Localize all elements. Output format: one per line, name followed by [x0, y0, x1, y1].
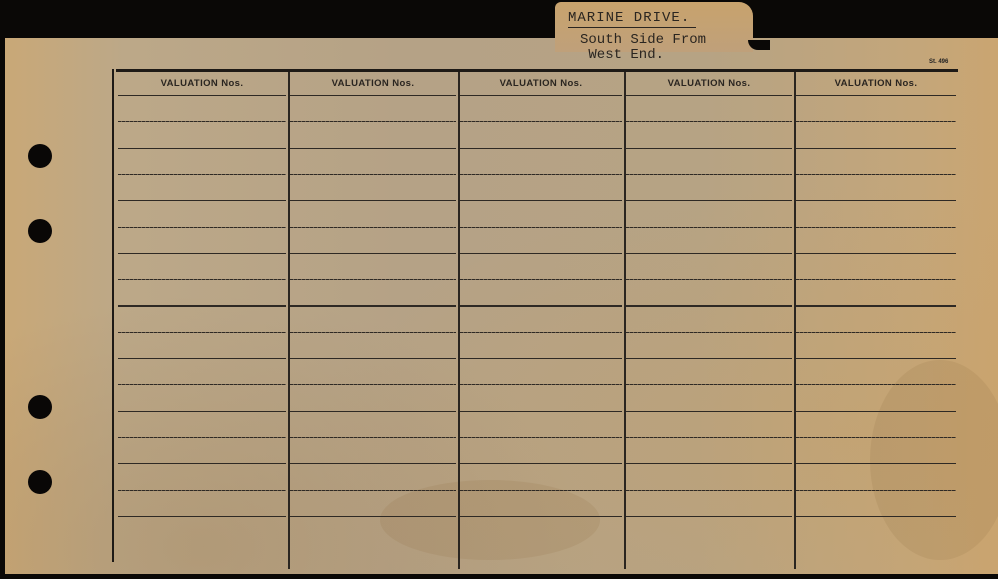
- row-rule: [118, 121, 286, 122]
- row-rule: [118, 148, 286, 149]
- row-rule: [118, 227, 286, 228]
- row-rule: [796, 490, 956, 491]
- tab-subtitle: South Side From West End.: [580, 33, 706, 63]
- form-number: St. 496: [929, 59, 948, 65]
- row-rule: [796, 384, 956, 385]
- row-rule: [626, 437, 792, 438]
- tab-subtitle-line-1: South Side From: [580, 33, 706, 48]
- column-header: VALUATION Nos.: [458, 78, 624, 89]
- row-rule: [626, 253, 792, 254]
- row-rule: [460, 227, 622, 228]
- row-rule: [626, 121, 792, 122]
- row-rule: [290, 490, 456, 491]
- row-rule: [290, 358, 456, 359]
- column-header: VALUATION Nos.: [116, 78, 288, 89]
- column-divider: [624, 72, 626, 569]
- valuation-column: VALUATION Nos.: [458, 72, 624, 562]
- row-rule: [796, 516, 956, 517]
- row-rule: [460, 148, 622, 149]
- row-rule: [626, 227, 792, 228]
- row-rule: [118, 516, 286, 517]
- row-rule: [626, 490, 792, 491]
- row-rule: [796, 358, 956, 359]
- row-rule: [460, 305, 622, 306]
- row-rule: [796, 279, 956, 280]
- row-rule: [118, 411, 286, 412]
- row-rule: [626, 516, 792, 517]
- tab-title: MARINE DRIVE.: [568, 10, 696, 28]
- column-divider: [794, 72, 796, 569]
- row-rule: [460, 174, 622, 175]
- row-rule: [460, 200, 622, 201]
- row-rule: [626, 463, 792, 464]
- row-rule: [796, 148, 956, 149]
- row-rule: [118, 384, 286, 385]
- row-rule: [626, 174, 792, 175]
- row-rule: [626, 200, 792, 201]
- row-rule: [118, 95, 286, 96]
- row-rule: [796, 227, 956, 228]
- row-rule: [626, 384, 792, 385]
- row-rule: [796, 174, 956, 175]
- row-rule: [796, 437, 956, 438]
- valuation-table: VALUATION Nos.VALUATION Nos.VALUATION No…: [112, 69, 958, 562]
- column-header: VALUATION Nos.: [624, 78, 794, 89]
- valuation-column: VALUATION Nos.: [624, 72, 794, 562]
- row-rule: [118, 437, 286, 438]
- row-rule: [626, 358, 792, 359]
- row-rule: [118, 279, 286, 280]
- row-rule: [290, 384, 456, 385]
- row-rule: [796, 253, 956, 254]
- row-rule: [460, 384, 622, 385]
- row-rule: [460, 121, 622, 122]
- row-rule: [796, 305, 956, 306]
- row-rule: [290, 95, 456, 96]
- row-rule: [290, 332, 456, 333]
- row-rule: [796, 411, 956, 412]
- row-rule: [460, 358, 622, 359]
- row-rule: [118, 332, 286, 333]
- row-rule: [118, 358, 286, 359]
- punch-hole-icon: [28, 144, 52, 168]
- row-rule: [460, 516, 622, 517]
- row-rule: [796, 95, 956, 96]
- row-rule: [626, 95, 792, 96]
- row-rule: [118, 490, 286, 491]
- row-rule: [796, 200, 956, 201]
- row-rule: [118, 174, 286, 175]
- row-rule: [460, 332, 622, 333]
- row-rule: [118, 200, 286, 201]
- row-rule: [290, 200, 456, 201]
- row-rule: [626, 148, 792, 149]
- valuation-column: VALUATION Nos.: [116, 72, 288, 562]
- row-rule: [460, 411, 622, 412]
- row-rule: [118, 305, 286, 306]
- row-rule: [290, 411, 456, 412]
- row-rule: [118, 463, 286, 464]
- row-rule: [118, 253, 286, 254]
- row-rule: [290, 463, 456, 464]
- row-rule: [290, 174, 456, 175]
- column-header: VALUATION Nos.: [288, 78, 458, 89]
- row-rule: [626, 332, 792, 333]
- row-rule: [626, 411, 792, 412]
- table-left-border: [112, 69, 114, 562]
- row-rule: [290, 148, 456, 149]
- row-rule: [290, 279, 456, 280]
- row-rule: [290, 305, 456, 306]
- row-rule: [460, 253, 622, 254]
- punch-hole-icon: [28, 219, 52, 243]
- row-rule: [626, 305, 792, 306]
- valuation-column: VALUATION Nos.: [288, 72, 458, 562]
- row-rule: [290, 253, 456, 254]
- row-rule: [460, 463, 622, 464]
- column-divider: [458, 72, 460, 569]
- row-rule: [290, 437, 456, 438]
- column-header: VALUATION Nos.: [794, 78, 958, 89]
- row-rule: [626, 279, 792, 280]
- row-rule: [460, 437, 622, 438]
- row-rule: [796, 463, 956, 464]
- row-rule: [796, 121, 956, 122]
- row-rule: [290, 121, 456, 122]
- row-rule: [460, 95, 622, 96]
- row-rule: [290, 227, 456, 228]
- tab-subtitle-line-2: West End.: [580, 48, 706, 63]
- column-divider: [288, 72, 290, 569]
- row-rule: [290, 516, 456, 517]
- row-rule: [460, 490, 622, 491]
- punch-hole-icon: [28, 470, 52, 494]
- punch-hole-icon: [28, 395, 52, 419]
- row-rule: [796, 332, 956, 333]
- row-rule: [460, 279, 622, 280]
- valuation-column: VALUATION Nos.: [794, 72, 958, 562]
